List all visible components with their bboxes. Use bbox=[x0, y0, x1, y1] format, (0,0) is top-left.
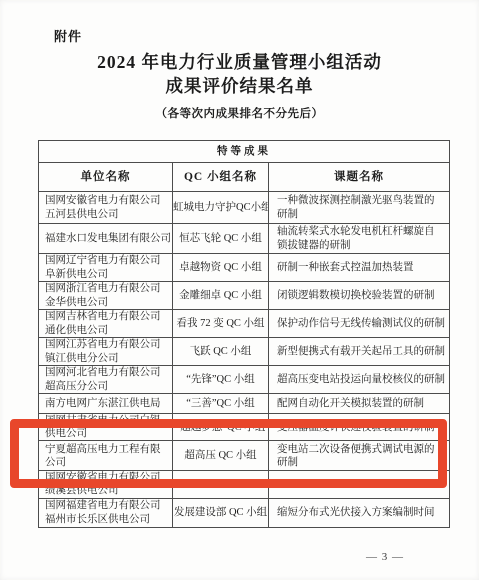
column-header-unit: 单位名称 bbox=[39, 163, 173, 192]
cell-qc: 看我 72 变 QC 小组 bbox=[173, 310, 269, 338]
cell-unit: 国网安徽省电力有限公司五河县供电公司 bbox=[39, 192, 173, 224]
cell-qc: 恒芯飞轮 QC 小组 bbox=[173, 224, 269, 254]
table-row: 国网河北省电力有限公司超高压分公司“先锋”QC 小组超高压变电站投运向量校核仪的… bbox=[39, 366, 450, 394]
cell-topic: 变压器温度计快速校验装置的研制 bbox=[269, 414, 450, 441]
table-row: 国网安徽省电力有限公司五河县供电公司虹城电力守护QC小组一种微波探测控制激光驱鸟… bbox=[39, 192, 450, 224]
cell-unit: 国网安徽省电力有限公司绩溪县供电公司 bbox=[39, 471, 173, 498]
cell-topic: 超高压变电站投运向量校核仪的研制 bbox=[269, 366, 450, 394]
page-number: — 3 — bbox=[366, 551, 404, 563]
table-row: 国网福建省电力有限公司福州市长乐区供电公司发展建设部 QC 小组缩短分布式光伏接… bbox=[39, 498, 450, 527]
cell-topic: 一种微波探测控制激光驱鸟装置的研制 bbox=[269, 192, 450, 224]
table-row: 南方电网广东湛江供电局“三善”QC 小组配网自动化开关模拟装置的研制 bbox=[39, 394, 450, 414]
cell-qc: “先锋”QC 小组 bbox=[173, 366, 269, 394]
table-row: 国网吉林省电力有限公司通化供电公司看我 72 变 QC 小组保护动作信号无线传输… bbox=[39, 310, 450, 338]
table-row: 国网浙江省电力有限公司金华供电公司金雕细卓 QC 小组闭锁逻辑数模切换校验装置的… bbox=[39, 282, 450, 310]
column-header-topic: 课题名称 bbox=[269, 163, 450, 192]
cell-qc: “三善”QC 小组 bbox=[173, 394, 269, 414]
attachment-label: 附件 bbox=[54, 26, 82, 45]
table-row: 福建水口发电集团有限公司恒芯飞轮 QC 小组轴流转桨式水轮发电机杠杆螺旋自锁拔键… bbox=[39, 224, 450, 254]
table-row: 国网江苏省电力有限公司镇江供电分公司飞跃 QC 小组新型便携式有载开关起吊工具的… bbox=[39, 338, 450, 366]
cell-unit: 福建水口发电集团有限公司 bbox=[39, 224, 173, 254]
title-note: （各等次内成果排名不分先后） bbox=[0, 105, 479, 121]
cell-unit: 国网浙江省电力有限公司金华供电公司 bbox=[39, 282, 173, 310]
document-title: 2024 年电力行业质量管理小组活动 成果评价结果名单 bbox=[0, 50, 479, 98]
cell-qc: 发展建设部 QC 小组 bbox=[173, 498, 269, 527]
cell-qc: 飞跃 QC 小组 bbox=[173, 338, 269, 366]
cell-qc: 超高压 QC 小组 bbox=[173, 441, 269, 471]
cell-qc: 金雕细卓 QC 小组 bbox=[173, 282, 269, 310]
cell-topic: 闭锁逻辑数模切换校验装置的研制 bbox=[269, 282, 450, 310]
cell-topic: 变电站二次设备便携式调试电源的研制 bbox=[269, 441, 450, 471]
column-header-row: 单位名称 QC 小组名称 课题名称 bbox=[39, 163, 450, 192]
section-header-row: 特等成果 bbox=[39, 141, 450, 163]
cell-unit: 国网福建省电力有限公司福州市长乐区供电公司 bbox=[39, 498, 173, 527]
column-header-qc-group: QC 小组名称 bbox=[173, 163, 269, 192]
title-line-1: 2024 年电力行业质量管理小组活动 bbox=[0, 50, 479, 74]
cell-unit: 国网江苏省电力有限公司镇江供电分公司 bbox=[39, 338, 173, 366]
cell-topic: 缩短分布式光伏接入方案编制时间 bbox=[269, 498, 450, 527]
cell-unit: 宁夏超高压电力工程有限公司 bbox=[39, 441, 173, 471]
table-row: 国网安徽省电力有限公司绩溪县供电公司 bbox=[39, 471, 450, 498]
table-row: 国网辽宁省电力有限公司阜新供电公司卓越物资 QC 小组研制一种嵌套式控温加热装置 bbox=[39, 254, 450, 282]
cell-topic: 保护动作信号无线传输测试仪的研制 bbox=[269, 310, 450, 338]
results-table: 特等成果 单位名称 QC 小组名称 课题名称 国网安徽省电力有限公司五河县供电公… bbox=[38, 140, 450, 528]
cell-topic: 轴流转桨式水轮发电机杠杆螺旋自锁拔键器的研制 bbox=[269, 224, 450, 254]
table-row: 国网甘肃省电力公司白银供电公司“超越梦想”QC 小组变压器温度计快速校验装置的研… bbox=[39, 414, 450, 441]
cell-unit: 国网河北省电力有限公司超高压分公司 bbox=[39, 366, 173, 394]
cell-topic: 研制一种嵌套式控温加热装置 bbox=[269, 254, 450, 282]
section-header: 特等成果 bbox=[39, 141, 450, 163]
table-row-highlighted: 宁夏超高压电力工程有限公司超高压 QC 小组变电站二次设备便携式调试电源的研制 bbox=[39, 441, 450, 471]
results-table-body: 国网安徽省电力有限公司五河县供电公司虹城电力守护QC小组一种微波探测控制激光驱鸟… bbox=[39, 192, 450, 528]
title-line-2: 成果评价结果名单 bbox=[0, 74, 479, 98]
cell-qc: “超越梦想”QC 小组 bbox=[173, 414, 269, 441]
cell-unit: 国网吉林省电力有限公司通化供电公司 bbox=[39, 310, 173, 338]
cell-unit: 国网辽宁省电力有限公司阜新供电公司 bbox=[39, 254, 173, 282]
results-table-container: 特等成果 单位名称 QC 小组名称 课题名称 国网安徽省电力有限公司五河县供电公… bbox=[38, 140, 449, 528]
cell-unit: 国网甘肃省电力公司白银供电公司 bbox=[39, 414, 173, 441]
cell-unit: 南方电网广东湛江供电局 bbox=[39, 394, 173, 414]
cell-topic: 配网自动化开关模拟装置的研制 bbox=[269, 394, 450, 414]
cell-qc bbox=[173, 471, 269, 498]
cell-qc: 卓越物资 QC 小组 bbox=[173, 254, 269, 282]
document-page: 附件 2024 年电力行业质量管理小组活动 成果评价结果名单 （各等次内成果排名… bbox=[0, 0, 479, 580]
cell-topic: 新型便携式有载开关起吊工具的研制 bbox=[269, 338, 450, 366]
cell-topic bbox=[269, 471, 450, 498]
cell-qc: 虹城电力守护QC小组 bbox=[173, 192, 269, 224]
